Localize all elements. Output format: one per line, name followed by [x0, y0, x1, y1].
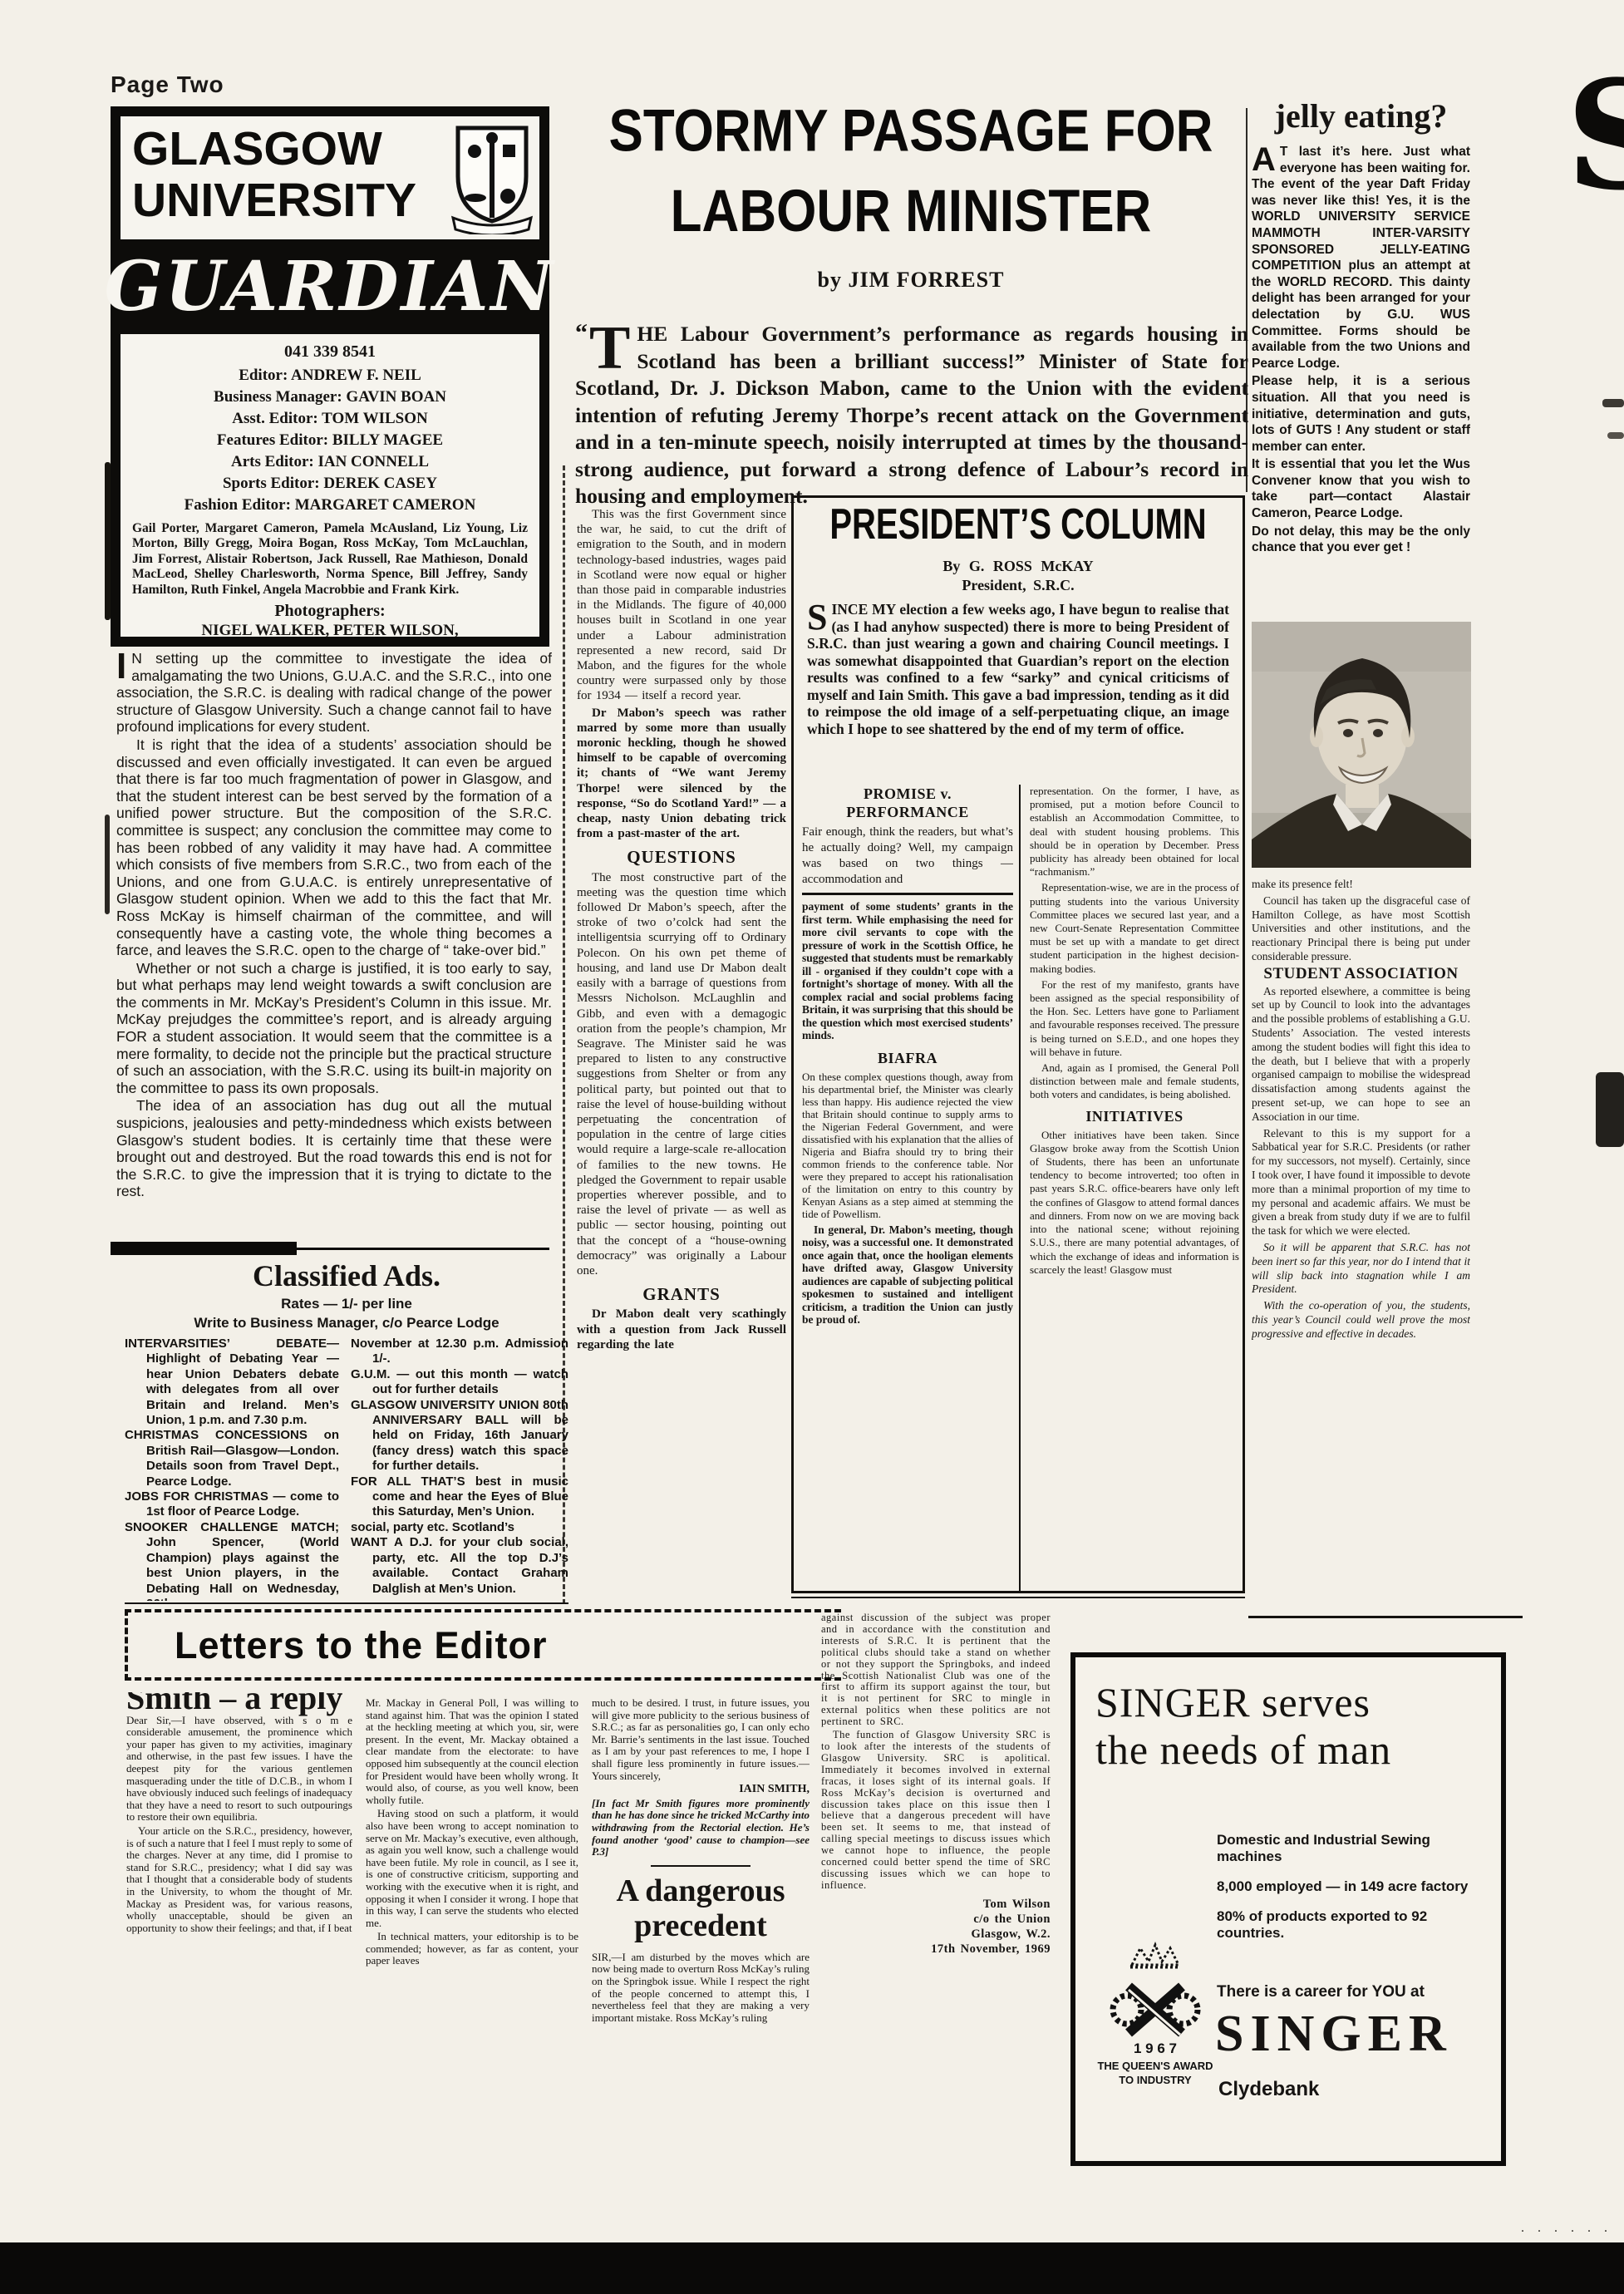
classified-item-lead: JOBS FOR CHRISTMAS — — [125, 1489, 285, 1504]
classifieds-write-to: Write to Business Manager, c/o Pearce Lo… — [125, 1314, 568, 1332]
university-crest-icon — [450, 121, 534, 239]
classified-item-text: — out this month — watch out for further… — [372, 1367, 568, 1396]
classifieds-right-column: November at 12.30 p.m. Admission 1/-. G.… — [351, 1337, 568, 1597]
article-column-1: This was the first Government since the … — [577, 507, 786, 1579]
subhead-initiatives: INITIATIVES — [1030, 1107, 1239, 1125]
masthead-banner: GUARDIAN — [111, 239, 549, 334]
classifieds-rates: Rates — 1/- per line — [125, 1295, 568, 1312]
scan-bottom-band — [0, 2242, 1624, 2294]
letter-heading-precedent: A dangerous precedent — [592, 1873, 810, 1943]
letters-column-1: Smith – a reply Dear Sir,—I have observe… — [126, 1692, 352, 2241]
singer-advert: SINGER serves the needs of man Domestic … — [1070, 1652, 1506, 2166]
singer-ad-point: 8,000 employed — in 149 acre factory — [1217, 1878, 1483, 1895]
signature-name: Tom Wilson — [821, 1897, 1051, 1912]
editorial-paragraph: The idea of an association has dug out a… — [116, 1097, 552, 1200]
president-intro: SINCE MY election a few weeks ago, I hav… — [807, 601, 1229, 737]
president-paragraph: Fair enough, think the readers, but what… — [802, 825, 1013, 888]
letter-paragraph: Having stood on such a platform, it woul… — [366, 1808, 578, 1929]
lead-dropcap: T — [589, 324, 630, 372]
jelly-paragraph: AT last it’s here. Just what everyone ha… — [1252, 144, 1470, 372]
president-subcolumn-divider — [1019, 785, 1021, 1591]
letters-column-4: against discussion of the subject was pr… — [821, 1612, 1051, 2194]
masthead-phone: 041 339 8541 — [132, 342, 528, 362]
scan-artifact — [105, 815, 110, 914]
newspaper-page: Page Two GLASGOW UNIVERSITY — [0, 0, 1624, 2294]
masthead-nameplate: GLASGOW UNIVERSITY — [121, 116, 539, 239]
letters-column-3: much to be desired. I trust, in future i… — [592, 1697, 810, 2237]
classifieds-left-column: INTERVARSITIES’ DEBATE— Highlight of Deb… — [125, 1337, 339, 1601]
classified-item: SNOOKER CHALLENGE MATCH; John Spencer, (… — [125, 1520, 339, 1601]
classified-item-lead: FOR ALL THAT’S — [351, 1474, 465, 1489]
staff-arts-editor: Arts Editor: IAN CONNELL — [132, 451, 528, 473]
letters-column-2: Mr. Mackay in General Poll, I was willin… — [366, 1697, 578, 2229]
editorial-dropcap: I — [116, 652, 126, 682]
letter-paragraph: much to be desired. I trust, in future i… — [592, 1697, 810, 1782]
classified-item: WANT A D.J. for your club social, party,… — [351, 1535, 568, 1597]
president-cont-paragraph: make its presence felt! — [1252, 878, 1470, 892]
president-paragraph: representation. On the former, I have, a… — [1030, 785, 1239, 879]
photographers-label: Photographers: — [132, 602, 528, 621]
classified-item-text: November at 12.30 p.m. Admission 1/-. — [351, 1337, 568, 1366]
signature-address1: c/o the Union — [821, 1912, 1051, 1927]
president-paragraph: Other initiatives have been taken. Since… — [1030, 1129, 1239, 1277]
article-lead: “THE Labour Government’s performance as … — [575, 321, 1248, 510]
presidents-column-byline: By G. ROSS McKAY — [794, 556, 1243, 576]
right-column-end-rule — [1248, 1616, 1523, 1618]
letter-signature-iain-smith: IAIN SMITH, — [592, 1784, 810, 1796]
presidents-column-role: President, S.R.C. — [794, 576, 1243, 594]
subhead-promise: PROMISE v. PERFORMANCE — [802, 785, 1013, 821]
president-cont-paragraph: As reported elsewhere, a committee is be… — [1252, 985, 1470, 1125]
classified-item-lead: G.U.M. — [351, 1367, 391, 1381]
classified-item-text: John Spencer, (World Champion) plays aga… — [146, 1535, 339, 1601]
scan-artifact-dots: . . . . . . — [1521, 2221, 1612, 2236]
president-box-underline — [791, 1597, 1245, 1598]
letter-paragraph: Mr. Mackay in General Poll, I was willin… — [366, 1697, 578, 1806]
classified-item: CHRISTMAS CONCESSIONS on British Rail—Gl… — [125, 1428, 339, 1489]
staff-fashion-editor: Fashion Editor: MARGARET CAMERON — [132, 495, 528, 516]
classified-item: JOBS FOR CHRISTMAS — come to 1st floor o… — [125, 1489, 339, 1520]
photographers-names: NIGEL WALKER, PETER WILSON, ALAN COOMBE,… — [132, 621, 528, 637]
staff-asst-editor: Asst. Editor: TOM WILSON — [132, 408, 528, 430]
page-bleed-letter: S — [1566, 48, 1624, 224]
president-continuation-column: make its presence felt! Council has take… — [1252, 878, 1470, 1611]
letter-signature-tom-wilson: Tom Wilson c/o the Union Glasgow, W.2. 1… — [821, 1897, 1051, 1957]
editorial-paragraph: Whether or not such a charge is justifie… — [116, 960, 552, 1097]
singer-ad-point: 80% of products exported to 92 countries… — [1217, 1908, 1483, 1942]
president-paragraph: And, again as I promised, the General Po… — [1030, 1061, 1239, 1102]
president-cont-paragraph-italic: So it will be apparent that S.R.C. has n… — [1252, 1241, 1470, 1297]
subhead-biafra: BIAFRA — [802, 1049, 1013, 1067]
page-number-label: Page Two — [111, 71, 224, 98]
subhead-student-association: STUDENT ASSOCIATION — [1252, 967, 1470, 982]
president-left-subcolumn: PROMISE v. PERFORMANCE Fair enough, thin… — [802, 785, 1013, 1588]
award-line2: TO INDUSTRY — [1119, 2074, 1192, 2086]
president-intro-dropcap: S — [807, 603, 827, 633]
president-cont-paragraph-italic: With the co-operation of you, the studen… — [1252, 1299, 1470, 1341]
singer-location: Clydebank — [1218, 2078, 1319, 2101]
classifieds-title: Classified Ads. — [125, 1258, 568, 1293]
article-subhead-questions: QUESTIONS — [577, 849, 786, 864]
classified-item: November at 12.30 p.m. Admission 1/-. — [351, 1337, 568, 1367]
letter-divider-rule — [651, 1865, 750, 1867]
president-cont-paragraph: Council has taken up the disgraceful cas… — [1252, 894, 1470, 964]
contributors-list: Gail Porter, Margaret Cameron, Pamela Mc… — [132, 521, 528, 598]
classified-item: FOR ALL THAT’S best in music come and he… — [351, 1474, 568, 1520]
singer-ad-headline-line2: the needs of man — [1095, 1726, 1486, 1774]
classified-item-lead: SNOOKER CHALLENGE MATCH; — [125, 1520, 339, 1534]
headline-line2: LABOUR MINISTER — [573, 172, 1248, 253]
president-cont-paragraph: Relevant to this is my support for a Sab… — [1252, 1127, 1470, 1238]
singer-ad-points: Domestic and Industrial Sewing machines … — [1217, 1832, 1483, 1955]
editorial-paragraph: It is right that the idea of a students’… — [116, 736, 552, 959]
article-paragraph: The most constructive part of the meetin… — [577, 870, 786, 1278]
jelly-paragraph: Please help, it is a serious situation. … — [1252, 373, 1470, 455]
staff-list: Editor: ANDREW F. NEIL Business Manager:… — [132, 365, 528, 516]
masthead-staffbox: 041 339 8541 Editor: ANDREW F. NEIL Busi… — [121, 334, 539, 637]
signature-date: 17th November, 1969 — [821, 1942, 1051, 1957]
article-headline: STORMY PASSAGE FOR LABOUR MINISTER — [573, 91, 1248, 252]
jelly-p1: T last it’s here. Just what everyone has… — [1252, 145, 1470, 371]
president-paragraph: For the rest of my manifesto, grants hav… — [1030, 978, 1239, 1059]
scan-artifact — [1607, 432, 1624, 439]
classified-item: G.U.M. — out this month — watch out for … — [351, 1367, 568, 1398]
editor-note-italic: [In fact Mr Smith figures more prominent… — [592, 1798, 810, 1858]
jelly-title: jelly eating? — [1252, 96, 1470, 135]
award-line1: THE QUEEN'S AWARD — [1097, 2060, 1213, 2072]
article-paragraph: This was the first Government since the … — [577, 507, 786, 704]
signature-address2: Glasgow, W.2. — [821, 1927, 1051, 1942]
article-byline: by JIM FORREST — [573, 268, 1248, 293]
lead-text: HE Labour Government’s performance as re… — [575, 322, 1248, 508]
letter-paragraph: Your article on the S.R.C., presidency, … — [126, 1825, 352, 1934]
singer-ad-headline-line1: SINGER serves — [1095, 1679, 1486, 1726]
article-paragraph-bold: Dr Mabon dealt very scathingly with a qu… — [577, 1307, 786, 1352]
presidents-column-title: PRESIDENT’S COLUMN — [794, 506, 1243, 549]
classified-item: social, party etc. Scotland’s — [351, 1520, 568, 1535]
editorial-end-bar — [111, 1242, 297, 1255]
classified-item: INTERVARSITIES’ DEBATE— Highlight of Deb… — [125, 1337, 339, 1428]
singer-ad-point: Domestic and Industrial Sewing machines — [1217, 1832, 1483, 1865]
staff-editor: Editor: ANDREW F. NEIL — [132, 365, 528, 386]
masthead-banner-text: GUARDIAN — [105, 247, 556, 327]
lead-open-quote: “ — [575, 321, 588, 346]
photographers-line1: NIGEL WALKER, PETER WILSON, — [132, 621, 528, 637]
letter-paragraph: Dear Sir,—I have observed, with s o m e … — [126, 1715, 352, 1824]
letters-section-box: Letters to the Editor — [125, 1609, 841, 1681]
singer-career-line: There is a career for YOU at — [1217, 1983, 1425, 2001]
letter-paragraph: The function of Glasgow University SRC i… — [821, 1730, 1051, 1892]
staff-business-manager: Business Manager: GAVIN BOAN — [132, 386, 528, 408]
staff-sports-editor: Sports Editor: DEREK CASEY — [132, 473, 528, 495]
editorial-p1: N setting up the committee to investigat… — [116, 650, 552, 735]
editorial-article: IN setting up the committee to investiga… — [116, 650, 552, 1242]
scan-artifact — [1596, 1072, 1624, 1147]
jelly-paragraph: Do not delay, this may be the only chanc… — [1252, 524, 1470, 556]
president-paragraph: On these complex questions though, away … — [802, 1071, 1013, 1220]
scan-artifact — [105, 462, 111, 620]
letter-heading-smith: Smith – a reply — [126, 1692, 352, 1705]
president-photo — [1252, 622, 1471, 868]
scan-artifact — [1602, 399, 1624, 407]
president-right-subcolumn: representation. On the former, I have, a… — [1030, 785, 1239, 1588]
classifieds-bottom-rule — [125, 1602, 568, 1604]
letter-heading-precedent-line2: precedent — [592, 1908, 810, 1943]
classified-item-text: social, party etc. Scotland’s — [351, 1520, 514, 1534]
classified-item-lead: CHRISTMAS CONCESSIONS — [125, 1428, 308, 1442]
staff-features-editor: Features Editor: BILLY MAGEE — [132, 430, 528, 451]
singer-ad-headline: SINGER serves the needs of man — [1095, 1679, 1486, 1774]
queens-award-icon: 1 9 6 7 THE QUEEN'S AWARD TO INDUSTRY — [1089, 1940, 1222, 2102]
editorial-paragraph: IN setting up the committee to investiga… — [116, 650, 552, 736]
presidents-column-title-text: PRESIDENT’S COLUMN — [829, 500, 1206, 549]
masthead: GLASGOW UNIVERSITY GUARDIAN 041 3 — [111, 106, 549, 647]
president-intro-text: INCE MY election a few weeks ago, I have… — [807, 601, 1229, 737]
letter-heading-precedent-line1: A dangerous — [592, 1873, 810, 1908]
classified-item-text: Highlight of Debating Year — hear Union … — [146, 1351, 339, 1427]
letters-section-title: Letters to the Editor — [175, 1624, 548, 1667]
classified-item-lead: INTERVARSITIES’ DEBATE— — [125, 1337, 339, 1351]
letter-paragraph: SIR,—I am disturbed by the moves which a… — [592, 1952, 810, 2025]
letter-paragraph: against discussion of the subject was pr… — [821, 1612, 1051, 1728]
presidents-column: PRESIDENT’S COLUMN By G. ROSS McKAY Pres… — [791, 495, 1245, 1593]
jelly-dropcap: A — [1252, 145, 1276, 174]
classified-item: GLASGOW UNIVERSITY UNION 80th ANNIVERSAR… — [351, 1398, 568, 1474]
headline-line1: STORMY PASSAGE FOR — [573, 91, 1248, 172]
masthead-title: GLASGOW UNIVERSITY — [132, 123, 416, 226]
subhead-promise-line2: PERFORMANCE — [802, 803, 1013, 821]
masthead-title-line1: GLASGOW — [132, 123, 416, 175]
masthead-title-line2: UNIVERSITY — [132, 175, 416, 226]
article-subhead-grants: GRANTS — [577, 1287, 786, 1302]
article-paragraph-bold: Dr Mabon’s speech was rather marred by s… — [577, 706, 786, 842]
president-paragraph-bold: In general, Dr. Mabon’s meeting, though … — [802, 1223, 1013, 1327]
letter-paragraph: In technical matters, your editorship is… — [366, 1931, 578, 1967]
singer-logo-text: SINGER — [1215, 2005, 1453, 2064]
jelly-paragraph: It is essential that you let the Wus Con… — [1252, 456, 1470, 521]
classified-ads: Classified Ads. Rates — 1/- per line Wri… — [125, 1258, 568, 1601]
award-year: 1 9 6 7 — [1134, 2040, 1177, 2056]
jelly-eating-article: jelly eating? AT last it’s here. Just wh… — [1252, 96, 1470, 618]
president-paragraph: Representation-wise, we are in the proce… — [1030, 881, 1239, 975]
classified-item-lead: WANT A D.J. — [351, 1535, 432, 1549]
subhead-promise-line1: PROMISE v. — [802, 785, 1013, 803]
president-boxed-paragraph: payment of some students’ grants in the … — [802, 893, 1013, 1042]
